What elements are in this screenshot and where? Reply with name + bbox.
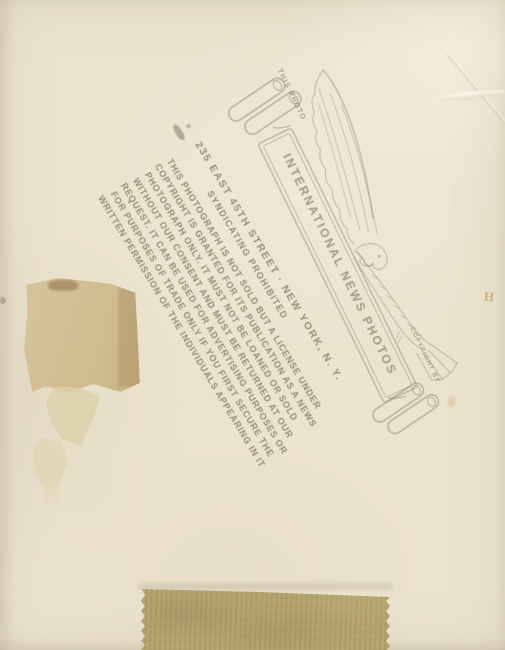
stain-dark-strip bbox=[118, 287, 140, 387]
kraft-tape-strip bbox=[141, 585, 390, 650]
photo-verso: THIS PHOTO INTERNATIONAL NEWS PHOTOS COP… bbox=[0, 0, 505, 650]
edge-speck bbox=[0, 297, 6, 304]
tape-residue-stain bbox=[24, 278, 140, 392]
crease-highlight bbox=[436, 88, 505, 102]
stain-drip bbox=[46, 386, 100, 446]
tape-shadow bbox=[138, 581, 393, 589]
stain-dark-edge bbox=[48, 280, 78, 291]
ink-dot bbox=[186, 124, 191, 128]
corner-fold-crease bbox=[446, 54, 504, 123]
pencil-mark: H bbox=[483, 289, 494, 306]
stain-drip bbox=[32, 438, 68, 490]
stain-drip bbox=[43, 484, 60, 504]
